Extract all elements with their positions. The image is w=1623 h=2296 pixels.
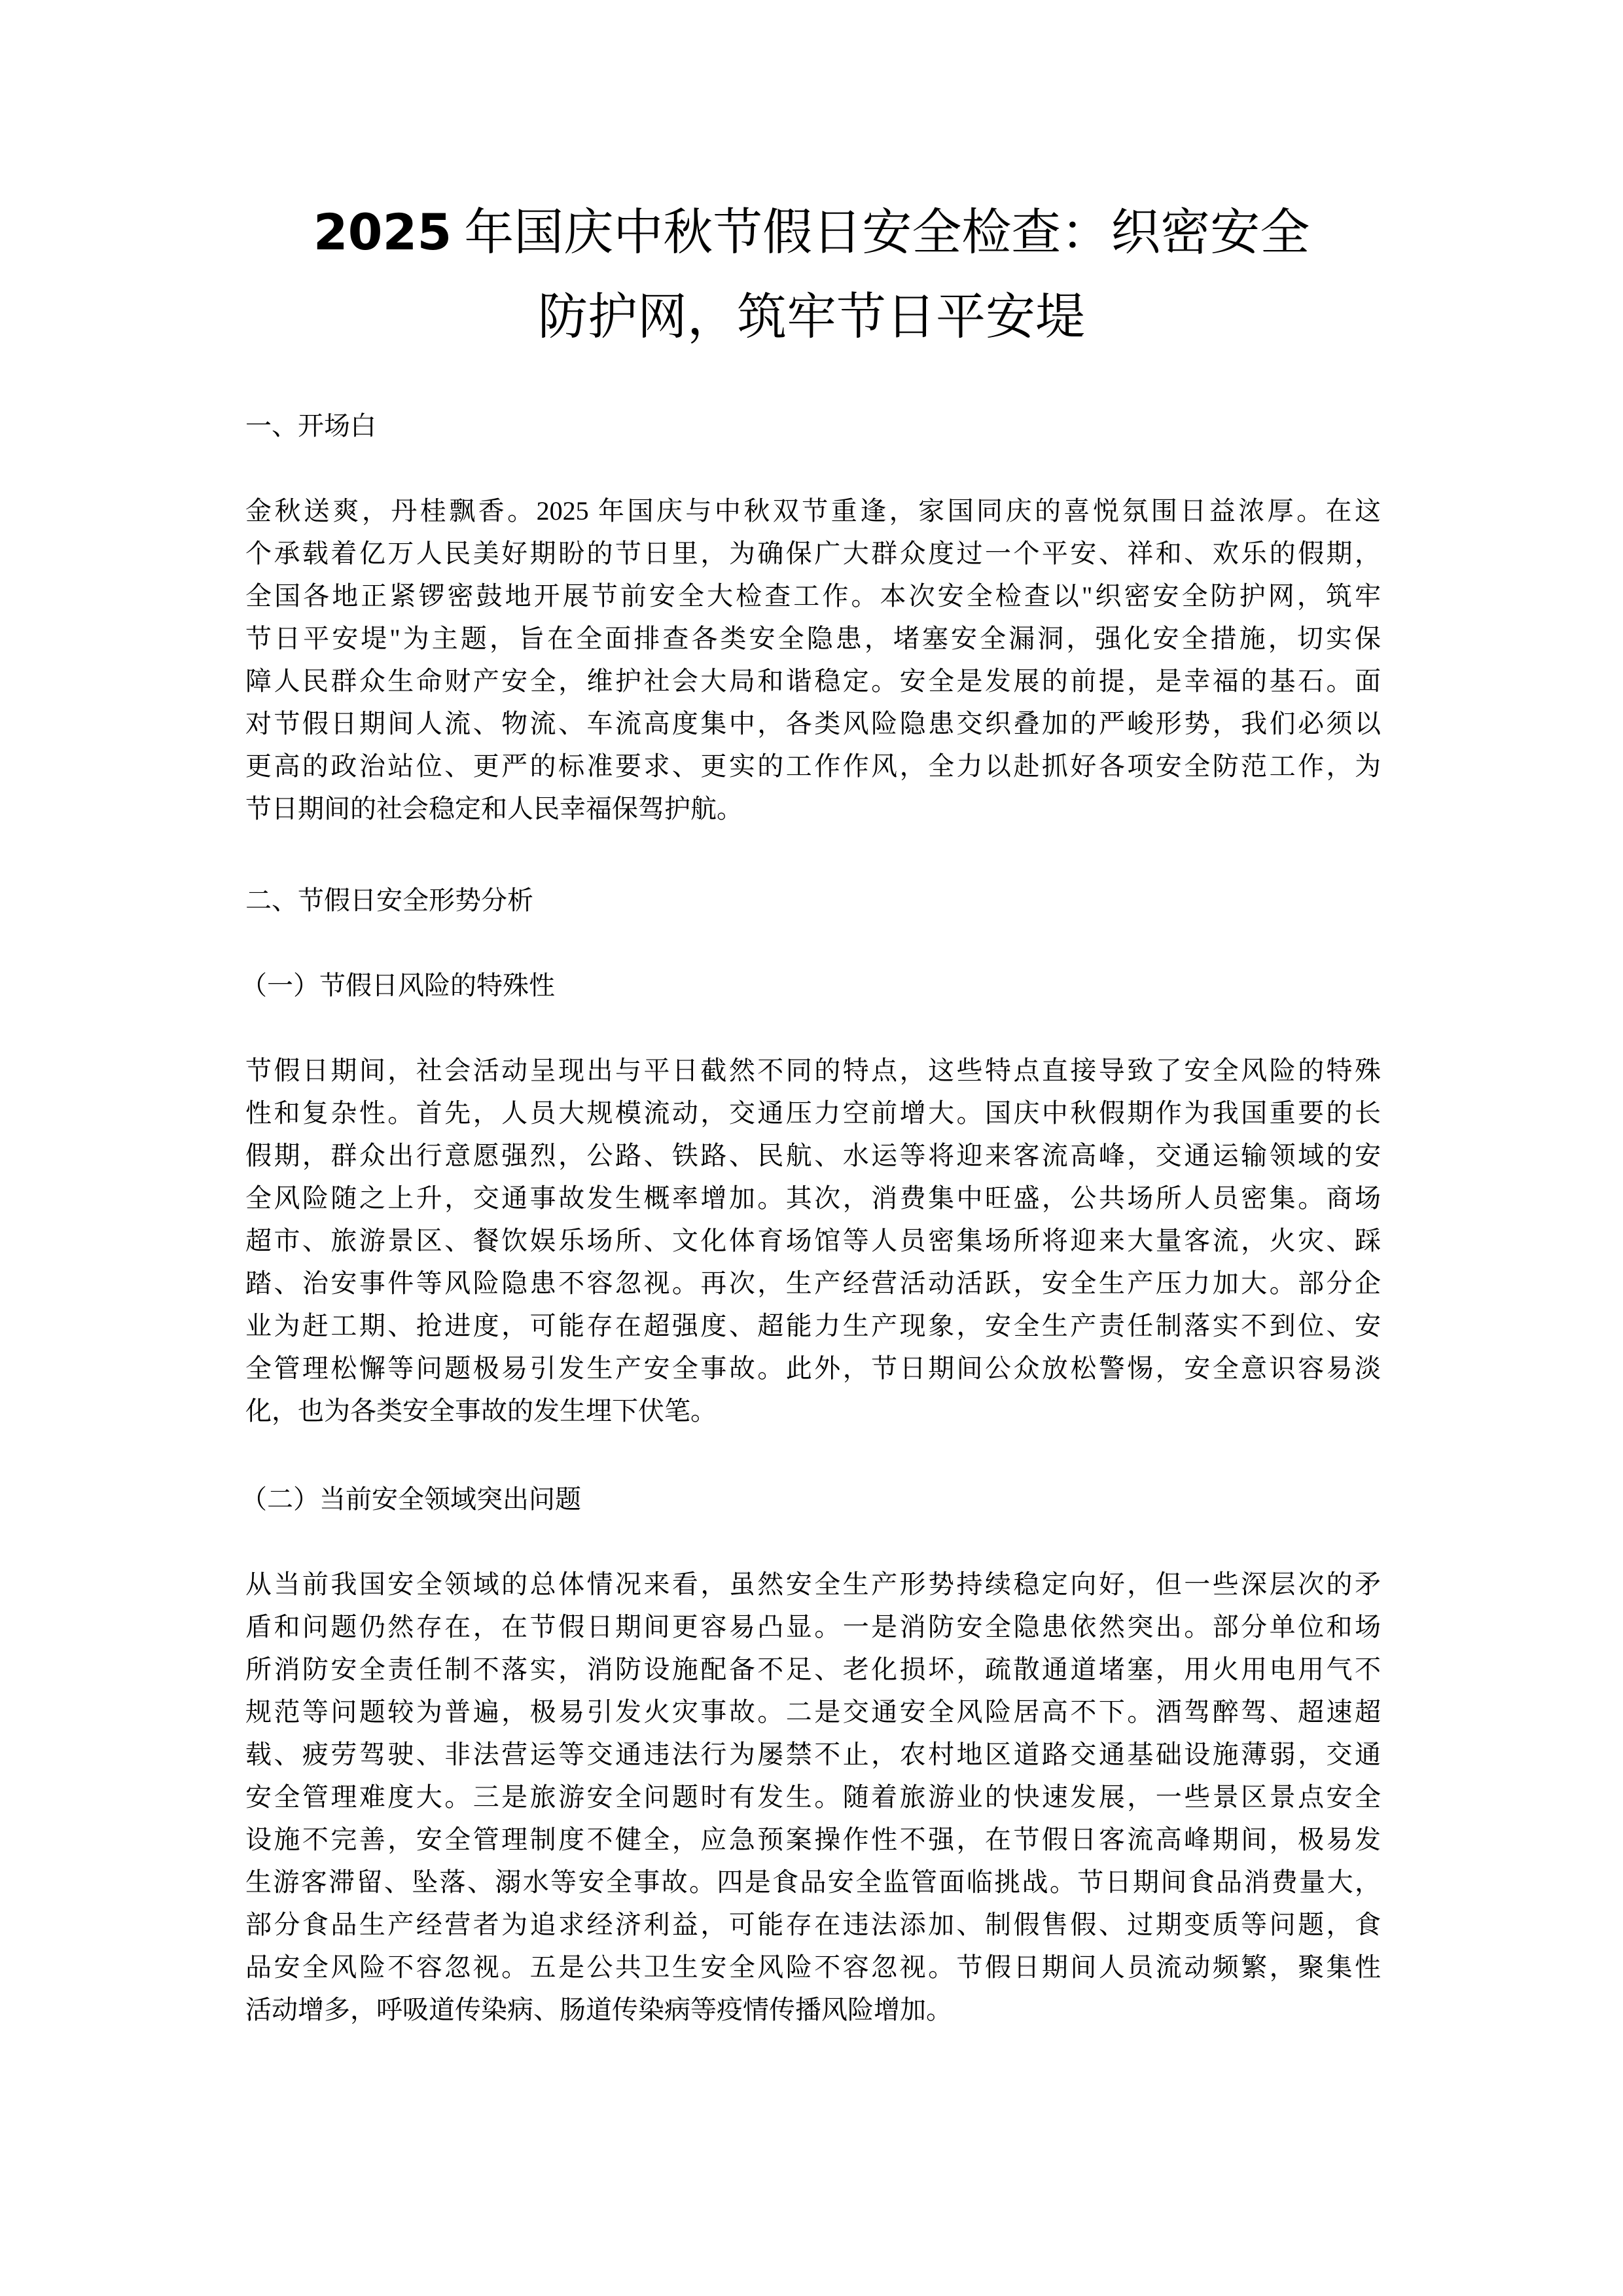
paragraph-line: 业为赶工期、抢进度，可能存在超强度、超能力生产现象，安全生产责任制落实不到位、安 (245, 1304, 1381, 1347)
section-heading-analysis: 二、节假日安全形势分析 (245, 879, 533, 922)
paragraph-line: 更高的政治站位、更严的标准要求、更实的工作作风，全力以赴抓好各项安全防范工作，为 (245, 745, 1381, 787)
title-line-2: 防护网，筑牢节日平安堤 (0, 275, 1623, 360)
paragraph-line: 所消防安全责任制不落实，消防设施配备不足、老化损坏，疏散通道堵塞，用火用电用气不 (245, 1648, 1381, 1691)
paragraph-line: 对节假日期间人流、物流、车流高度集中，各类风险隐患交织叠加的严峻形势，我们必须以 (245, 702, 1381, 745)
paragraph-line: 品安全风险不容忽视。五是公共卫生安全风险不容忽视。节假日期间人员流动频繁，聚集性 (245, 1946, 1381, 1988)
paragraph-line: 全国各地正紧锣密鼓地开展节前安全大检查工作。本次安全检查以"织密安全防护网，筑牢 (245, 575, 1381, 617)
paragraph-line: 节日期间的社会稳定和人民幸福保驾护航。 (245, 787, 1381, 830)
paragraph-line: 载、疲劳驾驶、非法营运等交通违法行为屡禁不止，农村地区道路交通基础设施薄弱，交通 (245, 1733, 1381, 1776)
title-year: 2025 (313, 203, 452, 261)
paragraph-line: 安全管理难度大。三是旅游安全问题时有发生。随着旅游业的快速发展，一些景区景点安全 (245, 1776, 1381, 1818)
paragraph-line: 全管理松懈等问题极易引发生产安全事故。此外，节日期间公众放松警惕，安全意识容易淡 (245, 1347, 1381, 1390)
document-title: 2025 年国庆中秋节假日安全检查：织密安全 防护网，筑牢节日平安堤 (0, 190, 1623, 360)
paragraph-line: 障人民群众生命财产安全，维护社会大局和谐稳定。安全是发展的前提，是幸福的基石。面 (245, 660, 1381, 702)
paragraph-line: 从当前我国安全领域的总体情况来看，虽然安全生产形势持续稳定向好，但一些深层次的矛 (245, 1563, 1381, 1605)
paragraph-opening: 金秋送爽，丹桂飘香。2025 年国庆与中秋双节重逢，家国同庆的喜悦氛围日益浓厚。… (245, 490, 1381, 830)
paragraph-line: 节日平安堤"为主题，旨在全面排查各类安全隐患，堵塞安全漏洞，强化安全措施，切实保 (245, 617, 1381, 660)
paragraph-line: 设施不完善，安全管理制度不健全，应急预案操作性不强，在节假日客流高峰期间，极易发 (245, 1818, 1381, 1861)
paragraph-line: 个承载着亿万人民美好期盼的节日里，为确保广大群众度过一个平安、祥和、欢乐的假期， (245, 532, 1381, 575)
paragraph-line: 节假日期间，社会活动呈现出与平日截然不同的特点，这些特点直接导致了安全风险的特殊 (245, 1049, 1381, 1092)
document-page: 2025 年国庆中秋节假日安全检查：织密安全 防护网，筑牢节日平安堤 一、开场白… (0, 0, 1623, 2296)
paragraph-line: 生游客滞留、坠落、溺水等安全事故。四是食品安全监管面临挑战。节日期间食品消费量大… (245, 1861, 1381, 1903)
section-heading-opening: 一、开场白 (245, 404, 376, 447)
paragraph-line: 部分食品生产经营者为追求经济利益，可能存在违法添加、制假售假、过期变质等问题，食 (245, 1903, 1381, 1946)
paragraph-line: 性和复杂性。首先，人员大规模流动，交通压力空前增大。国庆中秋假期作为我国重要的长 (245, 1092, 1381, 1134)
subsection-heading-holiday-risk: （一）节假日风险的特殊性 (241, 964, 555, 1007)
paragraph-line: 全风险随之上升，交通事故发生概率增加。其次，消费集中旺盛，公共场所人员密集。商场 (245, 1177, 1381, 1219)
paragraph-current-issues: 从当前我国安全领域的总体情况来看，虽然安全生产形势持续稳定向好，但一些深层次的矛… (245, 1563, 1381, 2031)
paragraph-line: 假期，群众出行意愿强烈，公路、铁路、民航、水运等将迎来客流高峰，交通运输领域的安 (245, 1134, 1381, 1177)
paragraph-line: 规范等问题较为普遍，极易引发火灾事故。二是交通安全风险居高不下。酒驾醉驾、超速超 (245, 1691, 1381, 1733)
subsection-heading-current-issues: （二）当前安全领域突出问题 (241, 1478, 581, 1520)
paragraph-line: 盾和问题仍然存在，在节假日期间更容易凸显。一是消防安全隐患依然突出。部分单位和场 (245, 1605, 1381, 1648)
title-line-1-text: 年国庆中秋节假日安全检查：织密安全 (452, 206, 1310, 260)
paragraph-line: 超市、旅游景区、餐饮娱乐场所、文化体育场馆等人员密集场所将迎来大量客流，火灾、踩 (245, 1219, 1381, 1262)
title-line-1: 2025 年国庆中秋节假日安全检查：织密安全 (0, 190, 1623, 275)
paragraph-holiday-risk: 节假日期间，社会活动呈现出与平日截然不同的特点，这些特点直接导致了安全风险的特殊… (245, 1049, 1381, 1432)
paragraph-line: 化，也为各类安全事故的发生埋下伏笔。 (245, 1390, 1381, 1432)
paragraph-line: 踏、治安事件等风险隐患不容忽视。再次，生产经营活动活跃，安全生产压力加大。部分企 (245, 1262, 1381, 1304)
paragraph-line: 活动增多，呼吸道传染病、肠道传染病等疫情传播风险增加。 (245, 1988, 1381, 2031)
paragraph-line: 金秋送爽，丹桂飘香。2025 年国庆与中秋双节重逢，家国同庆的喜悦氛围日益浓厚。… (245, 490, 1381, 532)
